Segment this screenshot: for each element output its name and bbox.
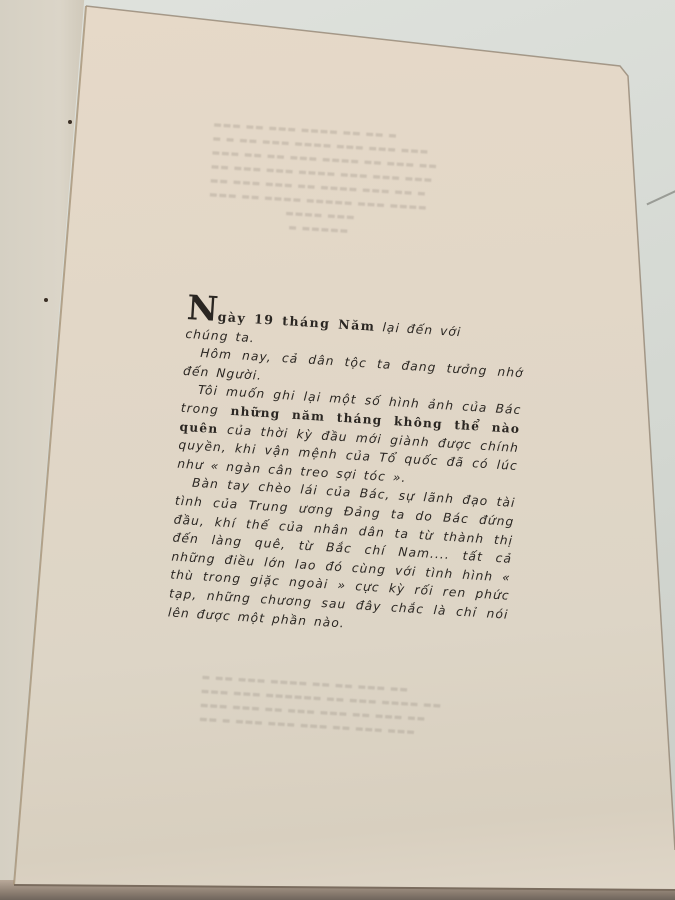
drop-cap: N: [186, 288, 220, 330]
chapter-intro-text: Ngày 19 tháng Năm lại đến với chúng ta. …: [167, 294, 527, 643]
bleed-through-top: ▬▬▬ ▬▬ ▬▬▬ ▬▬▬▬ ▬▬ ▬▬ ▬ ▬ ▬ ▬▬ ▬▬▬ ▬▬▬▬ …: [207, 118, 440, 244]
opening-italic-text: lại đến với: [375, 320, 462, 339]
paragraph-4: Bàn tay chèo lái của Bác, sự lãnh đạo tà…: [167, 473, 516, 643]
binding-hole: [68, 120, 72, 124]
binding-hole: [44, 298, 48, 302]
